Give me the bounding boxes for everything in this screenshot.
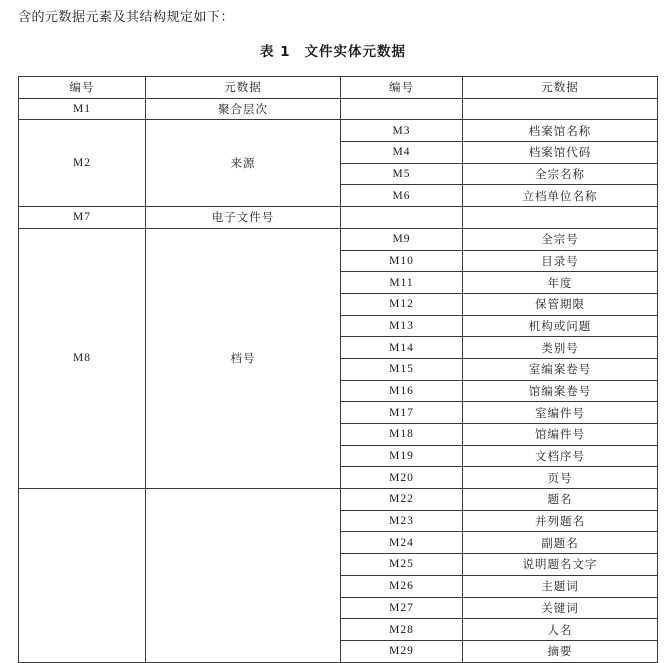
element-id-cell: [19, 489, 146, 663]
header-id: 编号: [19, 77, 146, 99]
element-name-cell: 电子文件号: [146, 207, 341, 229]
header-sub-id: 编号: [341, 77, 463, 99]
sub-element-name-cell: 室编案卷号: [463, 358, 658, 380]
sub-element-id-cell: M20: [341, 467, 463, 489]
sub-element-name-cell: 全宗号: [463, 228, 658, 250]
metadata-table: 编号 元数据 编号 元数据 M1聚合层次M2来源M3档案馆名称M4档案馆代码M5…: [18, 76, 658, 663]
element-id-cell: M2: [19, 120, 146, 207]
sub-element-id-cell: M15: [341, 358, 463, 380]
header-metadata: 元数据: [146, 77, 341, 99]
sub-element-id-cell: M5: [341, 163, 463, 185]
sub-element-name-cell: 摘要: [463, 640, 658, 662]
table-row: M7电子文件号: [19, 207, 658, 229]
table-title: 文件实体元数据: [305, 44, 407, 60]
sub-element-id-cell: M29: [341, 640, 463, 662]
sub-element-id-cell: M26: [341, 575, 463, 597]
header-sub-metadata: 元数据: [463, 77, 658, 99]
element-name-cell: 聚合层次: [146, 98, 341, 120]
sub-element-name-cell: 目录号: [463, 250, 658, 272]
table-caption: 表 1文件实体元数据: [0, 40, 666, 60]
sub-element-name-cell: 馆编件号: [463, 424, 658, 446]
sub-element-id-cell: M25: [341, 554, 463, 576]
table-row: M1聚合层次: [19, 98, 658, 120]
element-id-cell: M7: [19, 207, 146, 229]
sub-element-name-cell: 页号: [463, 467, 658, 489]
sub-element-id-cell: [341, 98, 463, 120]
sub-element-id-cell: M23: [341, 510, 463, 532]
sub-element-name-cell: 全宗名称: [463, 163, 658, 185]
element-name-cell: 档号: [146, 228, 341, 488]
sub-element-name-cell: 文档序号: [463, 445, 658, 467]
sub-element-id-cell: M17: [341, 402, 463, 424]
sub-element-id-cell: M22: [341, 489, 463, 511]
sub-element-name-cell: [463, 207, 658, 229]
table-row: M2来源M3档案馆名称: [19, 120, 658, 142]
sub-element-id-cell: M12: [341, 293, 463, 315]
header-row: 编号 元数据 编号 元数据: [19, 77, 658, 99]
sub-element-id-cell: M19: [341, 445, 463, 467]
sub-element-name-cell: 年度: [463, 272, 658, 294]
sub-element-id-cell: M16: [341, 380, 463, 402]
sub-element-id-cell: M18: [341, 424, 463, 446]
sub-element-name-cell: 室编件号: [463, 402, 658, 424]
sub-element-id-cell: M27: [341, 597, 463, 619]
element-id-cell: M1: [19, 98, 146, 120]
table-row: M22题名: [19, 489, 658, 511]
table-number: 表 1: [260, 44, 291, 60]
element-id-cell: M8: [19, 228, 146, 488]
sub-element-id-cell: [341, 207, 463, 229]
sub-element-name-cell: 保管期限: [463, 293, 658, 315]
element-name-cell: [146, 489, 341, 663]
sub-element-id-cell: M24: [341, 532, 463, 554]
sub-element-name-cell: 类别号: [463, 337, 658, 359]
sub-element-name-cell: 立档单位名称: [463, 185, 658, 207]
sub-element-name-cell: [463, 98, 658, 120]
sub-element-name-cell: 说明题名文字: [463, 554, 658, 576]
sub-element-name-cell: 关键词: [463, 597, 658, 619]
element-name-cell: 来源: [146, 120, 341, 207]
intro-paragraph: 含的元数据元素及其结构规定如下：: [18, 6, 234, 25]
sub-element-id-cell: M9: [341, 228, 463, 250]
sub-element-name-cell: 副题名: [463, 532, 658, 554]
sub-element-id-cell: M3: [341, 120, 463, 142]
table-row: M8档号M9全宗号: [19, 228, 658, 250]
sub-element-name-cell: 题名: [463, 489, 658, 511]
sub-element-id-cell: M14: [341, 337, 463, 359]
sub-element-name-cell: 并列题名: [463, 510, 658, 532]
sub-element-id-cell: M10: [341, 250, 463, 272]
sub-element-name-cell: 档案馆代码: [463, 142, 658, 164]
sub-element-name-cell: 馆编案卷号: [463, 380, 658, 402]
sub-element-id-cell: M28: [341, 619, 463, 641]
sub-element-name-cell: 人名: [463, 619, 658, 641]
sub-element-name-cell: 档案馆名称: [463, 120, 658, 142]
sub-element-id-cell: M6: [341, 185, 463, 207]
sub-element-id-cell: M4: [341, 142, 463, 164]
sub-element-name-cell: 主题词: [463, 575, 658, 597]
sub-element-id-cell: M13: [341, 315, 463, 337]
sub-element-id-cell: M11: [341, 272, 463, 294]
sub-element-name-cell: 机构或问题: [463, 315, 658, 337]
